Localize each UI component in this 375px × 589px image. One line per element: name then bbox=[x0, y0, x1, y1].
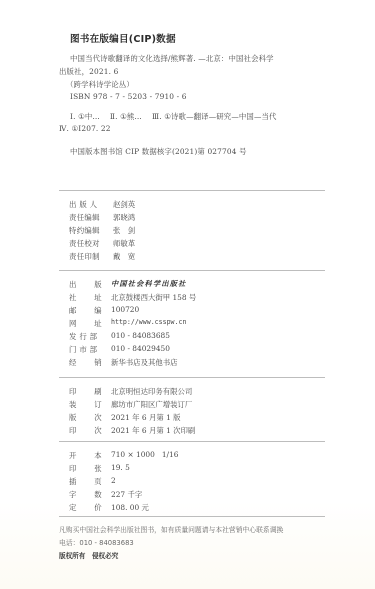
spec-row: 定价 108. 00 元 bbox=[69, 502, 149, 513]
rights-notice: 版权所有 侵权必究 bbox=[59, 550, 118, 560]
inserts-label: 插页 bbox=[69, 476, 102, 487]
inserts-value: 2 bbox=[111, 476, 116, 487]
divider bbox=[59, 441, 325, 442]
wordcount-value: 227 千字 bbox=[111, 489, 142, 500]
label-char: 开 bbox=[69, 450, 77, 461]
price-label: 定价 bbox=[69, 502, 102, 513]
staff-row: 责任印制 戴 宽 bbox=[69, 251, 135, 262]
label-char: 本 bbox=[94, 450, 102, 461]
staff-row: 责任校对 师敏革 bbox=[69, 238, 135, 249]
binding-label: 装订 bbox=[69, 399, 102, 410]
seller-value: 新华书店及其他书店 bbox=[111, 357, 178, 368]
label-char: 经 bbox=[69, 357, 77, 368]
printing-row: 印刷 北京明恒达印务有限公司 bbox=[69, 386, 192, 397]
label-char: 版 bbox=[94, 279, 102, 290]
staff-value: 戴 宽 bbox=[113, 251, 135, 262]
cip-title: 图书在版编目(CIP)数据 bbox=[70, 31, 176, 45]
label-char: 数 bbox=[94, 489, 102, 500]
label-char: 价 bbox=[94, 502, 102, 513]
label-char: 刷 bbox=[94, 386, 102, 397]
service-phone: 电话：010 - 84083683 bbox=[59, 537, 134, 547]
label-char: 社 bbox=[69, 292, 77, 303]
publisher-logotype: 中国社会科学出版社 bbox=[111, 279, 187, 290]
spec-row: 印张 19. 5 bbox=[69, 463, 130, 474]
staff-label: 责任校对 bbox=[69, 238, 113, 249]
printing-row: 版次 2021 年 6 月第 1 版 bbox=[69, 412, 181, 423]
label-char: 印 bbox=[69, 425, 77, 436]
sheets-value: 19. 5 bbox=[111, 463, 130, 474]
cip-classification: Ⅰ. ①中… Ⅱ. ①熊… Ⅲ. ①诗歌—翻译—研究—中国—当代 bbox=[70, 111, 277, 122]
publisher-row: 社址 北京鼓楼西大街甲 158 号 bbox=[69, 292, 196, 303]
label-char: 定 bbox=[69, 502, 77, 513]
postcode-value: 100720 bbox=[111, 305, 139, 316]
publisher-row: 网址 http://www.csspw.cn bbox=[69, 318, 186, 329]
staff-label: 出 版 人 bbox=[69, 199, 113, 210]
label-char: 页 bbox=[94, 476, 102, 487]
staff-value: 师敏革 bbox=[113, 238, 135, 249]
distribution-label: 发 行 部 bbox=[69, 331, 111, 342]
publisher-row: 发 行 部 010 - 84083685 bbox=[69, 331, 170, 342]
address-label: 社址 bbox=[69, 292, 102, 303]
staff-row: 特约编辑 张 剑 bbox=[69, 225, 135, 236]
wordcount-label: 字数 bbox=[69, 489, 102, 500]
staff-value: 郭晓鸿 bbox=[113, 212, 135, 223]
quality-notice: 凡购买中国社会科学出版社图书，如有质量问题请与本社营销中心联系调换 bbox=[59, 524, 283, 534]
retail-phone: 010 - 84029450 bbox=[111, 344, 170, 355]
staff-row: 出 版 人 赵剑英 bbox=[69, 199, 135, 210]
cip-classification-cont: Ⅳ. ①I207. 22 bbox=[59, 124, 111, 133]
impression-value: 2021 年 6 月第 1 次印刷 bbox=[111, 425, 195, 436]
label-char: 字 bbox=[69, 489, 77, 500]
label-char: 张 bbox=[94, 463, 102, 474]
spec-row: 插页 2 bbox=[69, 476, 116, 487]
label-char: 次 bbox=[94, 425, 102, 436]
publisher-label: 出版 bbox=[69, 279, 102, 290]
cip-bibliographic-line-cont: 出版社，2021. 6 bbox=[59, 66, 118, 77]
staff-value: 赵剑英 bbox=[113, 199, 135, 210]
cip-library-record: 中国版本图书馆 CIP 数据核字(2021)第 027704 号 bbox=[70, 146, 247, 157]
label-char: 订 bbox=[94, 399, 102, 410]
staff-value: 张 剑 bbox=[113, 225, 135, 236]
publisher-row: 门 市 部 010 - 84029450 bbox=[69, 344, 170, 355]
address-value: 北京鼓楼西大街甲 158 号 bbox=[111, 292, 196, 303]
divider bbox=[59, 190, 325, 191]
publisher-row: 出版 中国社会科学出版社 bbox=[69, 279, 187, 290]
format-label: 开本 bbox=[69, 450, 102, 461]
format-value: 710 × 1000 1/16 bbox=[111, 450, 178, 461]
retail-label: 门 市 部 bbox=[69, 344, 111, 355]
label-char: 出 bbox=[69, 279, 77, 290]
label-char: 次 bbox=[94, 412, 102, 423]
publisher-row: 邮编 100720 bbox=[69, 305, 139, 316]
staff-label: 责任印制 bbox=[69, 251, 113, 262]
printer-label: 印刷 bbox=[69, 386, 102, 397]
label-char: 装 bbox=[69, 399, 77, 410]
edition-value: 2021 年 6 月第 1 版 bbox=[111, 412, 181, 423]
postcode-label: 邮编 bbox=[69, 305, 102, 316]
divider bbox=[59, 270, 325, 271]
staff-label: 责任编辑 bbox=[69, 212, 113, 223]
cip-series: （跨学科诗学论丛） bbox=[66, 79, 134, 90]
label-char: 编 bbox=[94, 305, 102, 316]
seller-label: 经销 bbox=[69, 357, 102, 368]
printer-value: 北京明恒达印务有限公司 bbox=[111, 386, 192, 397]
staff-label: 特约编辑 bbox=[69, 225, 113, 236]
sheets-label: 印张 bbox=[69, 463, 102, 474]
spec-row: 开本 710 × 1000 1/16 bbox=[69, 450, 178, 461]
staff-row: 责任编辑 郭晓鸿 bbox=[69, 212, 135, 223]
label-char: 销 bbox=[94, 357, 102, 368]
divider bbox=[59, 516, 325, 517]
website-link[interactable]: http://www.csspw.cn bbox=[111, 318, 186, 329]
label-char: 址 bbox=[94, 318, 102, 329]
spec-row: 字数 227 千字 bbox=[69, 489, 142, 500]
divider bbox=[59, 377, 325, 378]
printing-row: 印次 2021 年 6 月第 1 次印刷 bbox=[69, 425, 195, 436]
label-char: 邮 bbox=[69, 305, 77, 316]
label-char: 版 bbox=[69, 412, 77, 423]
binding-value: 廊坊市广阳区广增装订厂 bbox=[111, 399, 192, 410]
label-char: 印 bbox=[69, 386, 77, 397]
publisher-row: 经销 新华书店及其他书店 bbox=[69, 357, 178, 368]
impression-label: 印次 bbox=[69, 425, 102, 436]
cip-bibliographic-line: 中国当代诗歌翻译的文化选择/熊辉著. —北京：中国社会科学 bbox=[70, 53, 274, 64]
label-char: 网 bbox=[69, 318, 77, 329]
website-label: 网址 bbox=[69, 318, 102, 329]
price-value: 108. 00 元 bbox=[111, 502, 149, 513]
edition-label: 版次 bbox=[69, 412, 102, 423]
label-char: 印 bbox=[69, 463, 77, 474]
printing-row: 装订 廊坊市广阳区广增装订厂 bbox=[69, 399, 192, 410]
label-char: 插 bbox=[69, 476, 77, 487]
distribution-phone: 010 - 84083685 bbox=[111, 331, 170, 342]
cip-isbn: ISBN 978 - 7 - 5203 - 7910 - 6 bbox=[70, 92, 187, 101]
copyright-page: 图书在版编目(CIP)数据 中国当代诗歌翻译的文化选择/熊辉著. —北京：中国社… bbox=[0, 0, 375, 589]
label-char: 址 bbox=[94, 292, 102, 303]
